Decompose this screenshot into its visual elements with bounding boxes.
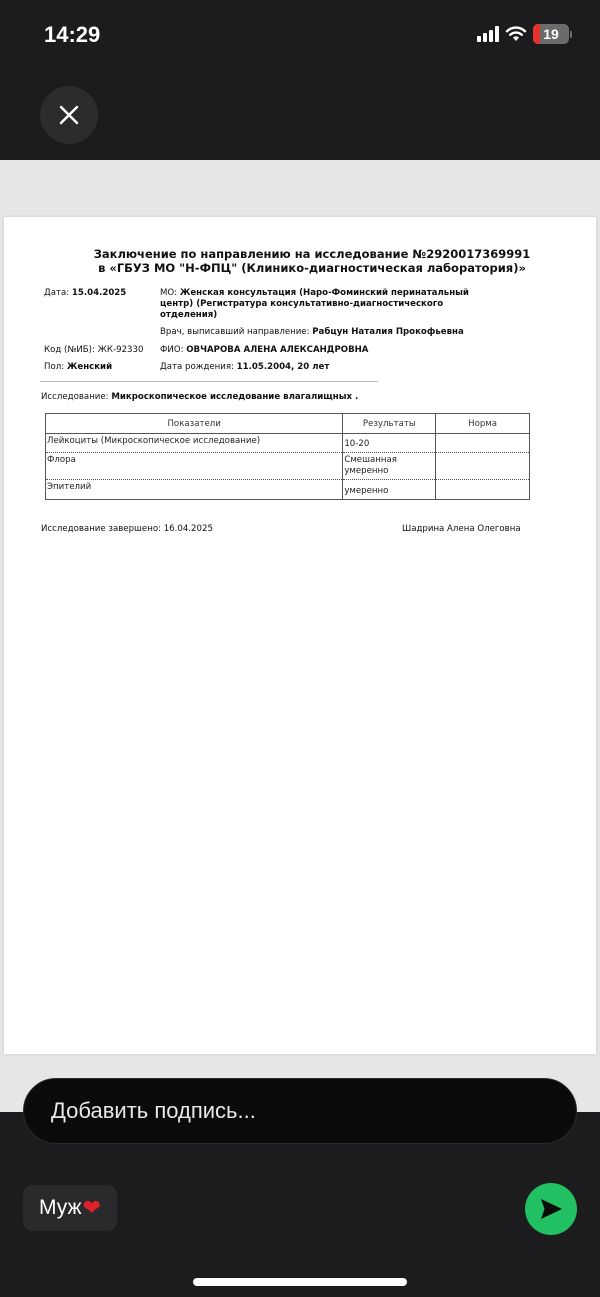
caption-input[interactable]: Добавить подпись... xyxy=(23,1078,577,1144)
home-indicator[interactable] xyxy=(193,1278,407,1286)
table-row: Флора Смешанная умеренно xyxy=(46,453,530,480)
code-field: Код (№ИБ): ЖК-92330 xyxy=(44,345,143,356)
header-results: Результаты xyxy=(343,414,436,434)
close-icon xyxy=(58,104,80,126)
header-indicators: Показатели xyxy=(46,414,343,434)
norm-cell xyxy=(436,480,530,500)
table-row: Эпителий умеренно xyxy=(46,480,530,500)
result-cell: Смешанная умеренно xyxy=(343,453,436,480)
birth-date-field: Дата рождения: 11.05.2004, 20 лет xyxy=(160,362,329,373)
status-icons: 19 xyxy=(477,24,572,44)
indicator-cell: Лейкоциты (Микроскопическое исследование… xyxy=(46,434,343,453)
caption-placeholder: Добавить подпись... xyxy=(51,1098,256,1124)
table-row: Лейкоциты (Микроскопическое исследование… xyxy=(46,434,530,453)
indicator-cell: Флора xyxy=(46,453,343,480)
separator-line xyxy=(40,381,378,382)
send-button[interactable] xyxy=(525,1183,577,1235)
recipient-name: Муж xyxy=(39,1196,82,1220)
norm-cell xyxy=(436,434,530,453)
battery-level: 19 xyxy=(533,24,569,44)
recipient-chip[interactable]: Муж ❤ xyxy=(23,1185,117,1231)
doctor-field: Врач, выписавший направление: Рабцун Нат… xyxy=(160,327,464,338)
top-bar: 14:29 19 xyxy=(0,0,600,160)
battery-icon: 19 xyxy=(533,24,572,44)
result-cell: 10-20 xyxy=(343,434,436,453)
norm-cell xyxy=(436,453,530,480)
document-preview-area: Заключение по направлению на исследовани… xyxy=(0,160,600,1112)
close-button[interactable] xyxy=(40,86,98,144)
date-field: Дата: 15.04.2025 xyxy=(44,288,126,299)
document-title: Заключение по направлению на исследовани… xyxy=(4,247,596,275)
document-page: Заключение по направлению на исследовани… xyxy=(4,217,596,1054)
result-cell: умеренно xyxy=(343,480,436,500)
completed-date: Исследование завершено: 16.04.2025 xyxy=(41,524,213,535)
signer-name: Шадрина Алена Олеговна xyxy=(402,524,521,535)
status-time: 14:29 xyxy=(44,22,100,48)
heart-icon: ❤ xyxy=(83,1195,101,1221)
wifi-icon xyxy=(505,26,527,42)
results-table: Показатели Результаты Норма Лейкоциты (М… xyxy=(45,413,530,500)
study-field: Исследование: Микроскопическое исследова… xyxy=(41,392,358,403)
send-icon xyxy=(538,1196,564,1222)
sex-field: Пол: Женский xyxy=(44,362,112,373)
fio-field: ФИО: ОВЧАРОВА АЛЁНА АЛЕКСАНДРОВНА xyxy=(160,345,386,356)
header-norm: Норма xyxy=(436,414,530,434)
mo-field: МО: Женская консультация (Наро-Фоминский… xyxy=(160,288,520,321)
indicator-cell: Эпителий xyxy=(46,480,343,500)
cellular-signal-icon xyxy=(477,26,499,42)
